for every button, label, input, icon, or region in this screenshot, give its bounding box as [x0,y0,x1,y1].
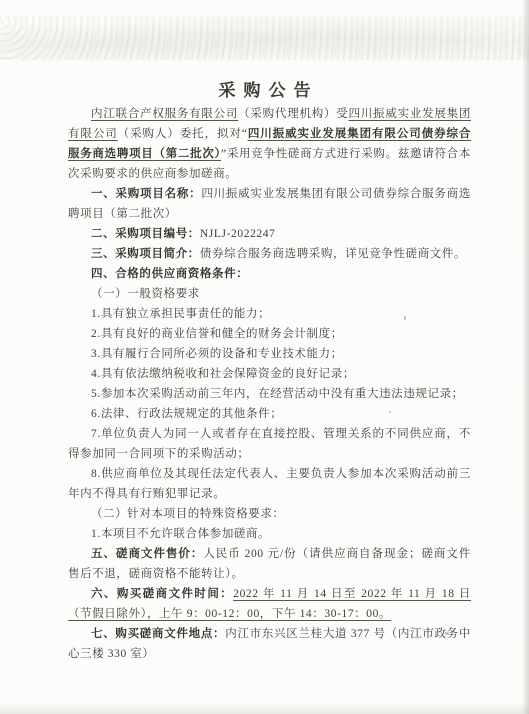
general-item: 4.具有依法缴纳税收和社会保障资金的良好记录； [68,364,471,384]
section-label: 七、购买磋商文件地点： [91,628,225,640]
section-label: 六、购买磋商文件时间： [91,588,233,600]
scan-edge-shadow-right [522,0,529,714]
section-label: 三、采购项目简介： [91,248,200,260]
document-body: 内江联合产权服务有限公司（采购代理机构）受四川振威实业发展集团有限公司（采购人）… [68,104,471,664]
section-purchase-time: 六、购买磋商文件时间：2022 年 11 月 14 日至 2022 年 11 月… [68,584,471,624]
section-document-price: 五、磋商文件售价：人民币 200 元/份（请供应商自备现金；磋商文件售后不退，磋… [68,544,471,584]
section-value: 债券综合服务商选聘采购，详见竞争性磋商文件。 [200,248,466,260]
scanned-document-page: 采购公告 内江联合产权服务有限公司（采购代理机构）受四川振威实业发展集团有限公司… [0,0,529,714]
special-item: 1.本项目不允许联合体参加磋商。 [68,524,471,544]
general-item: 3.具有履行合同所必须的设备和专业技术能力； [68,344,471,364]
general-item: 2.具有良好的商业信誉和健全的财务会计制度； [68,324,471,344]
section-project-brief: 三、采购项目简介：债券综合服务商选聘采购，详见竞争性磋商文件。 [68,244,471,264]
intro-text: （采购代理机构）受 [238,108,348,120]
general-item: 7.单位负责人为同一人或者存在直接控股、管理关系的不同供应商，不得参加同一合同项… [68,424,471,464]
general-item: 8.供应商单位及其现任法定代表人、主要负责人参加本次采购活动前三年内不得具有行贿… [68,464,471,504]
intro-paragraph: 内江联合产权服务有限公司（采购代理机构）受四川振威实业发展集团有限公司（采购人）… [68,104,471,184]
section-label: 二、采购项目编号： [91,228,200,240]
scan-noise-band [0,16,529,60]
general-item: 6.法律、行政法规规定的其他条件； [68,404,471,424]
general-item: 1.具有独立承担民事责任的能力； [68,304,471,324]
section-project-number: 二、采购项目编号：NJLJ-2022247 [68,224,471,244]
special-qualification-heading: （二）针对本项目的特殊资格要求： [68,504,471,524]
section-value: NJLJ-2022247 [200,228,276,240]
page-title: 采购公告 [0,76,529,101]
general-item: 5.参加本次采购活动前三年内，在经营活动中没有重大违法违规记录； [68,384,471,404]
section-qualification-heading: 四、合格的供应商资格条件： [68,264,471,284]
section-project-name: 一、采购项目名称：四川振威实业发展集团有限公司债券综合服务商选聘项目（第二批次） [68,184,471,224]
intro-text: （采购人）委托，拟对“ [118,128,248,140]
agency-name: 内江联合产权服务有限公司 [91,108,238,120]
general-qualification-heading: （一）一般资格要求 [68,284,471,304]
section-label: 一、采购项目名称： [91,188,201,200]
section-purchase-place: 七、购买磋商文件地点：内江市东兴区兰桂大道 377 号（内江市政务中心三楼 33… [68,624,471,664]
scan-edge-shadow-bottom [0,702,529,714]
section-label: 五、磋商文件售价： [91,548,203,560]
section-label: 四、合格的供应商资格条件： [91,268,248,280]
